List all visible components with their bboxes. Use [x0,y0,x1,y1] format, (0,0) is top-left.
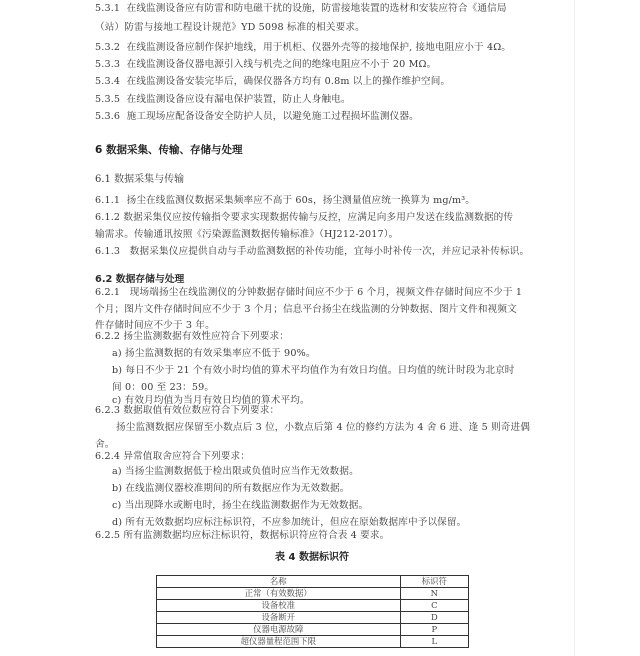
clause-6-1-1: 6.1.1 扬尘在线监测仪数据采集频率应不高于 60s，扬尘测量值应统一换算为 … [95,195,475,207]
clause-6-2-3-body-continuation: 舍。 [95,439,115,451]
clause-text: 在线监测设备仪器电源引入线与机壳之间的绝缘电阻应不小于 20 MΩ。 [127,59,437,70]
table-4-title: 表 4 数据标识符 [0,548,624,563]
clause-number: 6.2.1 [95,287,120,298]
clause-6-2-3-body: 扬尘监测数据应保留至小数点后 3 位，小数点后第 4 位的修约方法为 4 舍 6… [116,422,530,434]
clause-6-2-4-item-d: d) 所有无效数据均应标注标识符，不应参加统计，但应在原始数据库中予以保留。 [112,517,466,529]
clause-text: 在线监测设备应制作保护地线，用于机柜、仪器外壳等的接地保护, 接地电阻应小于 4… [127,42,511,53]
clause-6-2-4-item-c: c) 当出现降水或断电时，扬尘在线监测数据作为无效数据。 [112,500,368,512]
clause-5-3-2: 5.3.2 在线监测设备应制作保护地线，用于机柜、仪器外壳等的接地保护, 接地电… [95,42,511,54]
clause-5-3-1-continuation: （站）防雷与接地工程设计规范》YD 5098 标准的相关要求。 [95,22,365,34]
clause-6-2-2-item-a: a) 扬尘监测数据的有效采集率应不低于 90%。 [112,348,316,360]
clause-number: 6.1.3 [95,246,120,257]
clause-6-2-1-continuation-1: 个月；图片文件存储时间应不少于 3 个月；信息平台扬尘在线监测的分钟数据、图片文… [95,304,517,316]
clause-number: 5.3.3 [95,59,120,70]
clause-text: 在线监测设备应设有漏电保护装置，防止人身触电。 [127,94,351,105]
clause-number: 6.2.5 [95,530,120,541]
clause-text: 异常值取舍应符合下列要求： [123,451,250,462]
table-row: 设备断开 D [157,612,469,624]
clause-text: 数据采集仪应按传输指令要求实现数据传输与反控，应满足向多用户发送在线监测数据的传 [123,212,513,223]
section-6-heading: 6 数据采集、传输、存储与处理 [95,142,242,157]
identifier-name: 设备断开 [157,612,401,624]
table-row: 正常（有效数据） N [157,588,469,600]
clause-text: 扬尘监测数据有效性应符合下列要求： [123,331,289,342]
clause-6-1-2-continuation: 输需求。传输通讯按照《污染源监测数据传输标准》（HJ212-2017）。 [95,229,398,241]
clause-text: 数据取值有效位数应符合下列要求： [123,405,279,416]
clause-text: 数据采集仪应提供自动与手动监测数据的补传功能，宜每小时补传一次，并应记录补传标识… [130,246,530,257]
clause-number: 6.2.3 [95,405,120,416]
table-row: 超仪器量程范围下限 L [157,636,469,648]
clause-number: 5.3.1 [95,3,120,14]
clause-5-3-3: 5.3.3 在线监测设备仪器电源引入线与机壳之间的绝缘电阻应不小于 20 MΩ。 [95,59,436,71]
clause-5-3-4: 5.3.4 在线监测设备安装完毕后，确保仪器各方均有 0.8m 以上的操作维护空… [95,76,450,88]
clause-6-2-4: 6.2.4 异常值取舍应符合下列要求： [95,451,250,463]
clause-number: 6.2.2 [95,331,120,342]
clause-text: 现场端扬尘在线监测仪的分钟数据存储时间应不少于 6 个月，视频文件存储时间应不少… [130,287,522,298]
identifier-code: L [400,636,468,648]
identifier-name: 正常（有效数据） [157,588,401,600]
clause-6-2-2-item-b: b) 每日不少于 21 个有效小时均值的算术平均值作为有效日均值。日均值的统计时… [112,365,515,377]
identifier-code: P [400,624,468,636]
clause-6-2-5: 6.2.5 所有监测数据均应标注标识符，数据标识符应符合表 4 要求。 [95,530,389,542]
clause-number: 6.1.2 [95,212,120,223]
clause-number: 5.3.2 [95,42,120,53]
data-identifier-table: 名称 标识符 正常（有效数据） N 设备校准 C 设备断开 D 仪器电源故障 P… [156,575,469,648]
clause-number: 5.3.6 [95,111,120,122]
identifier-code: D [400,612,468,624]
clause-6-2-4-item-b: b) 在线监测仪器校准期间的所有数据应作为无效数据。 [112,483,350,495]
clause-text: 施工现场应配备设备安全防护人员，以避免施工过程损坏监测仪器。 [127,111,419,122]
table-header-row: 名称 标识符 [157,576,469,588]
table-row: 设备校准 C [157,600,469,612]
clause-6-2-4-item-a: a) 当扬尘监测数据低于检出限或负值时应当作无效数据。 [112,466,359,478]
column-header-name: 名称 [157,576,401,588]
clause-6-1-3: 6.1.3 数据采集仪应提供自动与手动监测数据的补传功能，宜每小时补传一次，并应… [95,246,529,258]
clause-6-2-2-item-b-continuation: 间 0：00 至 23：59。 [112,382,214,394]
identifier-name: 超仪器量程范围下限 [157,636,401,648]
clause-6-1-2: 6.1.2 数据采集仪应按传输指令要求实现数据传输与反控，应满足向多用户发送在线… [95,212,513,224]
identifier-name: 仪器电源故障 [157,624,401,636]
clause-text: 在线监测设备安装完毕后，确保仪器各方均有 0.8m 以上的操作维护空间。 [127,76,451,87]
subsection-6-1-heading: 6.1 数据采集与传输 [95,170,184,185]
identifier-name: 设备校准 [157,600,401,612]
subsection-6-2-heading: 6.2 数据存储与处理 [95,271,184,285]
clause-text: 在线监测设备应有防雷和防电磁干扰的设施，防雷接地装置的选材和安装应符合《通信局 [127,3,507,14]
table-row: 仪器电源故障 P [157,624,469,636]
clause-5-3-5: 5.3.5 在线监测设备应设有漏电保护装置，防止人身触电。 [95,94,351,106]
clause-number: 6.1.1 [95,195,120,206]
clause-text: 所有监测数据均应标注标识符，数据标识符应符合表 4 要求。 [123,530,389,541]
column-header-code: 标识符 [400,576,468,588]
identifier-code: N [400,588,468,600]
identifier-code: C [400,600,468,612]
clause-6-2-2: 6.2.2 扬尘监测数据有效性应符合下列要求： [95,331,289,343]
clause-5-3-1: 5.3.1 在线监测设备应有防雷和防电磁干扰的设施，防雷接地装置的选材和安装应符… [95,3,507,15]
clause-number: 5.3.4 [95,76,120,87]
clause-5-3-6: 5.3.6 施工现场应配备设备安全防护人员，以避免施工过程损坏监测仪器。 [95,111,419,123]
clause-number: 6.2.4 [95,451,120,462]
clause-6-2-1: 6.2.1 现场端扬尘在线监测仪的分钟数据存储时间应不少于 6 个月，视频文件存… [95,287,522,299]
clause-6-2-3: 6.2.3 数据取值有效位数应符合下列要求： [95,405,279,417]
clause-number: 5.3.5 [95,94,120,105]
clause-text: 扬尘在线监测仪数据采集频率应不高于 60s，扬尘测量值应统一换算为 mg/m³。 [127,195,475,206]
